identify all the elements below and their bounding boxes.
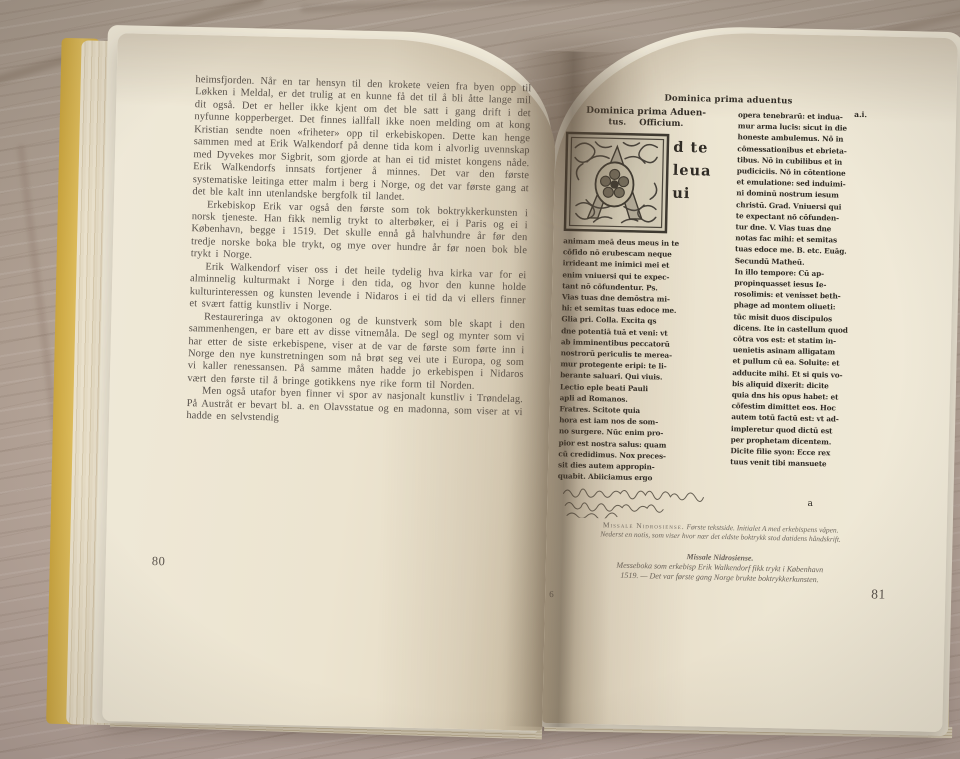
facsimile-right-column: opera tenebrarū: et indua- mur arma luci…: [730, 109, 898, 471]
facsimile-running-head: Dominica prima aduentus: [618, 93, 838, 108]
missale-facsimile: Dominica prima aduentus a.i. Dominica pr…: [567, 87, 897, 94]
left-page: heimsfjorden. Når en tar hensyn til den …: [102, 33, 557, 731]
right-page-number: 81: [871, 586, 886, 602]
paragraph: Erik Walkendorf viser oss i det heile ty…: [189, 261, 526, 320]
open-book: heimsfjorden. Når en tar hensyn til den …: [42, 10, 960, 752]
handwritten-notis: [559, 483, 716, 521]
paragraph: heimsfjorden. Når en tar hensyn til den …: [192, 74, 531, 208]
facsimile-left-column: animam meā deus meus in te cōfido nō eru…: [558, 235, 724, 485]
gathering-signature-number: 6: [549, 589, 554, 599]
left-page-text: heimsfjorden. Når en tar hensyn til den …: [186, 74, 531, 432]
facsimile-initial-large-text: d te leua ui: [672, 136, 726, 206]
right-page: Dominica prima aduentus a.i. Dominica pr…: [542, 29, 958, 732]
caption-small: Missale Nidrosiense. Første tekstside. I…: [552, 519, 888, 545]
left-page-number: 80: [152, 554, 166, 569]
photo-of-open-book: heimsfjorden. Når en tar hensyn til den …: [0, 0, 960, 759]
paragraph: Men også utafor byen finner vi spor av n…: [186, 385, 523, 431]
paragraph: Erkebiskop Erik var også den første som …: [191, 199, 529, 270]
paragraph: Restaureringa av oktogonen og de kunstve…: [187, 311, 525, 395]
wood-grain-streak: [300, 0, 960, 13]
woodcut-initial-a: [563, 131, 669, 233]
facsimile-signature-mark: a: [795, 499, 825, 510]
